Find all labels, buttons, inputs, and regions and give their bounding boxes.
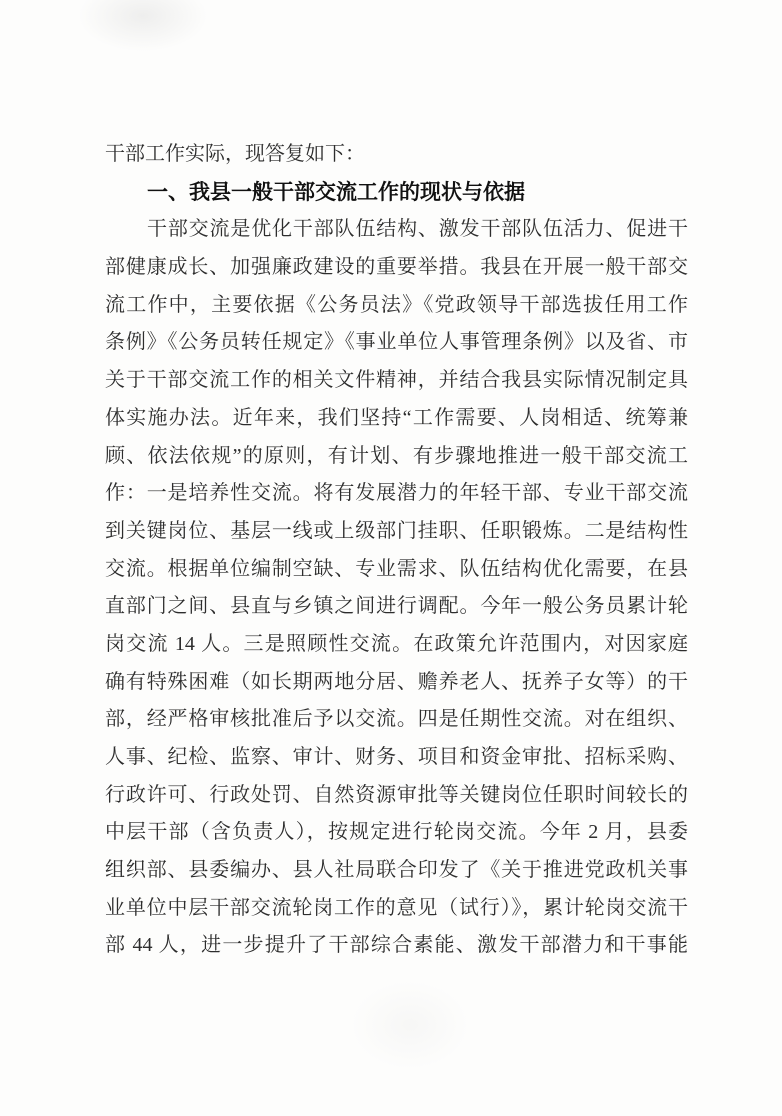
body-line: 确有特殊困难（如长期两地分居、赡养老人、抚养子女等）的干	[105, 664, 688, 702]
body-line: 交流。根据单位编制空缺、专业需求、队伍结构优化需要，在县	[105, 551, 688, 589]
body-line: 行政许可、行政处罚、自然资源审批等关键岗位任职时间较长的	[105, 777, 688, 815]
body-line: 条例》《公务员转任规定》《事业单位人事管理条例》以及省、市	[105, 324, 688, 362]
body-line: 关于干部交流工作的相关文件精神，并结合我县实际情况制定具	[105, 362, 688, 400]
scan-smudge-artifact	[78, 0, 208, 52]
body-line: 部健康成长、加强廉政建设的重要举措。我县在开展一般干部交	[105, 249, 688, 287]
body-line: 业单位中层干部交流轮岗工作的意见（试行）》，累计轮岗交流干	[105, 890, 688, 928]
paragraph-continuation-line: 干部工作实际，现答复如下：	[105, 136, 688, 174]
document-text-block: 干部工作实际，现答复如下： 一、我县一般干部交流工作的现状与依据 干部交流是优化…	[105, 136, 688, 965]
scan-smudge-artifact	[350, 980, 470, 1070]
body-line: 部 44 人，进一步提升了干部综合素能、激发干部潜力和干事能	[105, 927, 688, 965]
section-heading: 一、我县一般干部交流工作的现状与依据	[105, 174, 688, 212]
body-line: 流工作中，主要依据《公务员法》《党政领导干部选拔任用工作	[105, 287, 688, 325]
body-line: 部，经严格审核批准后予以交流。四是任期性交流。对在组织、	[105, 701, 688, 739]
body-line: 人事、纪检、监察、审计、财务、项目和资金审批、招标采购、	[105, 739, 688, 777]
document-page: 干部工作实际，现答复如下： 一、我县一般干部交流工作的现状与依据 干部交流是优化…	[0, 0, 782, 1116]
body-line: 顾、依法依规”的原则，有计划、有步骤地推进一般干部交流工	[105, 438, 688, 476]
body-line: 组织部、县委编办、县人社局联合印发了《关于推进党政机关事	[105, 852, 688, 890]
body-line: 岗交流 14 人。三是照顾性交流。在政策允许范围内，对因家庭	[105, 626, 688, 664]
body-line: 干部交流是优化干部队伍结构、激发干部队伍活力、促进干	[105, 211, 688, 249]
body-line: 直部门之间、县直与乡镇之间进行调配。今年一般公务员累计轮	[105, 588, 688, 626]
body-line: 作：一是培养性交流。将有发展潜力的年轻干部、专业干部交流	[105, 475, 688, 513]
body-line: 体实施办法。近年来，我们坚持“工作需要、人岗相适、统筹兼	[105, 400, 688, 438]
body-line: 到关键岗位、基层一线或上级部门挂职、任职锻炼。二是结构性	[105, 513, 688, 551]
body-line: 中层干部（含负责人），按规定进行轮岗交流。今年 2 月，县委	[105, 814, 688, 852]
